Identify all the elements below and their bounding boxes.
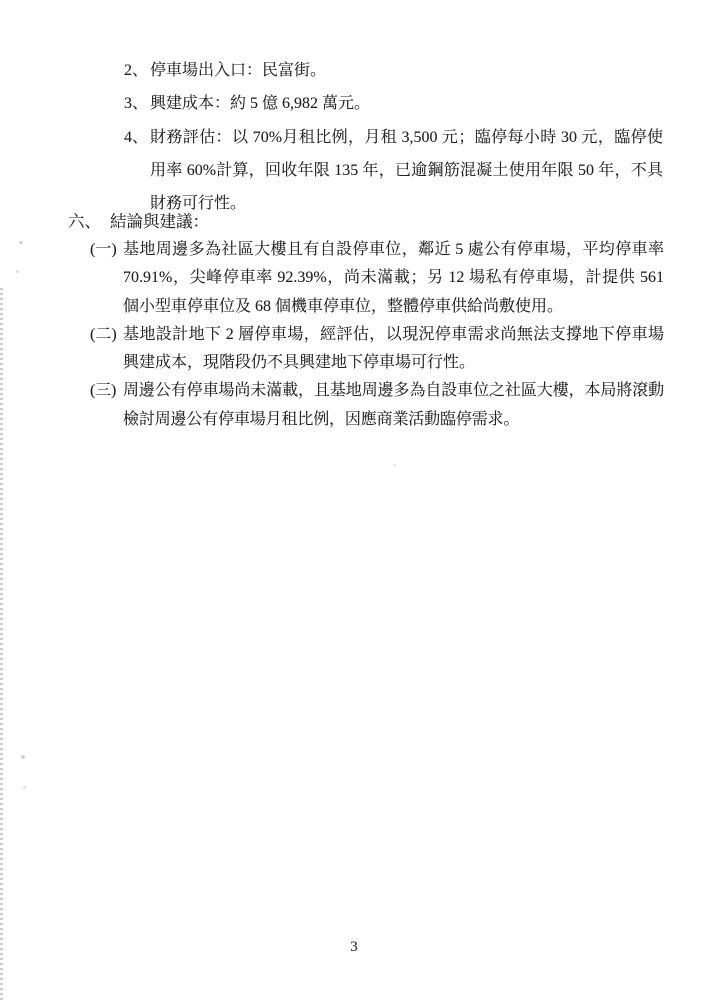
section-number-label: 六、 (68, 212, 101, 231)
scan-artifact-speck (19, 241, 23, 244)
item-text: 基地設計地下 2 層停車場，經評估，以現況停車需求尚無法支撐地下停車場興建成本，… (123, 326, 664, 371)
conclusion-item-list: (一) 基地周邊多為社區大樓且有自設停車位，鄰近 5 處公有停車場，平均停車率 … (90, 236, 664, 434)
scan-artifact-speck (23, 786, 26, 789)
conclusion-item-1: (一) 基地周邊多為社區大樓且有自設停車位，鄰近 5 處公有停車場，平均停車率 … (90, 236, 664, 321)
item-text: 興建成本：約 5 億 6,982 萬元。 (150, 95, 370, 112)
conclusion-item-3: (三) 周邊公有停車場尚未滿載，且基地周邊多為自設車位之社區大樓，本局將滾動檢討… (90, 377, 664, 434)
scan-artifact-speck (21, 755, 25, 759)
numbered-item-list: 2、 停車場出入口：民富街。 3、 興建成本：約 5 億 6,982 萬元。 4… (124, 54, 663, 220)
item-number-label: (一) (90, 236, 117, 264)
section-heading-conclusions: 六、結論與建議： (68, 208, 209, 236)
page-number: 3 (0, 939, 708, 956)
section-title: 結論與建議： (110, 212, 209, 231)
item-number-label: (二) (90, 321, 117, 349)
item-text: 基地周邊多為社區大樓且有自設停車位，鄰近 5 處公有停車場，平均停車率 70.9… (123, 241, 664, 315)
scan-artifact-left-streak (0, 288, 3, 1000)
item-text: 停車場出入口：民富街。 (150, 62, 326, 79)
item-text: 財務評估：以 70%月租比例，月租 3,500 元；臨停每小時 30 元，臨停使… (150, 129, 663, 213)
item-number-label: (三) (90, 377, 116, 405)
numbered-item-4: 4、 財務評估：以 70%月租比例，月租 3,500 元；臨停每小時 30 元，… (124, 121, 663, 221)
scan-artifact-speck (393, 464, 396, 466)
item-number-label: 2、 (124, 54, 148, 87)
numbered-item-3: 3、 興建成本：約 5 億 6,982 萬元。 (124, 87, 663, 120)
scanned-document-page: 2、 停車場出入口：民富街。 3、 興建成本：約 5 億 6,982 萬元。 4… (0, 0, 708, 1000)
numbered-item-2: 2、 停車場出入口：民富街。 (124, 54, 663, 87)
item-number-label: 4、 (124, 121, 148, 154)
item-text: 周邊公有停車場尚未滿載，且基地周邊多為自設車位之社區大樓，本局將滾動檢討周邊公有… (123, 382, 664, 427)
item-number-label: 3、 (124, 87, 148, 120)
conclusion-item-2: (二) 基地設計地下 2 層停車場，經評估，以現況停車需求尚無法支撐地下停車場興… (90, 321, 664, 378)
scan-artifact-speck (16, 270, 19, 273)
